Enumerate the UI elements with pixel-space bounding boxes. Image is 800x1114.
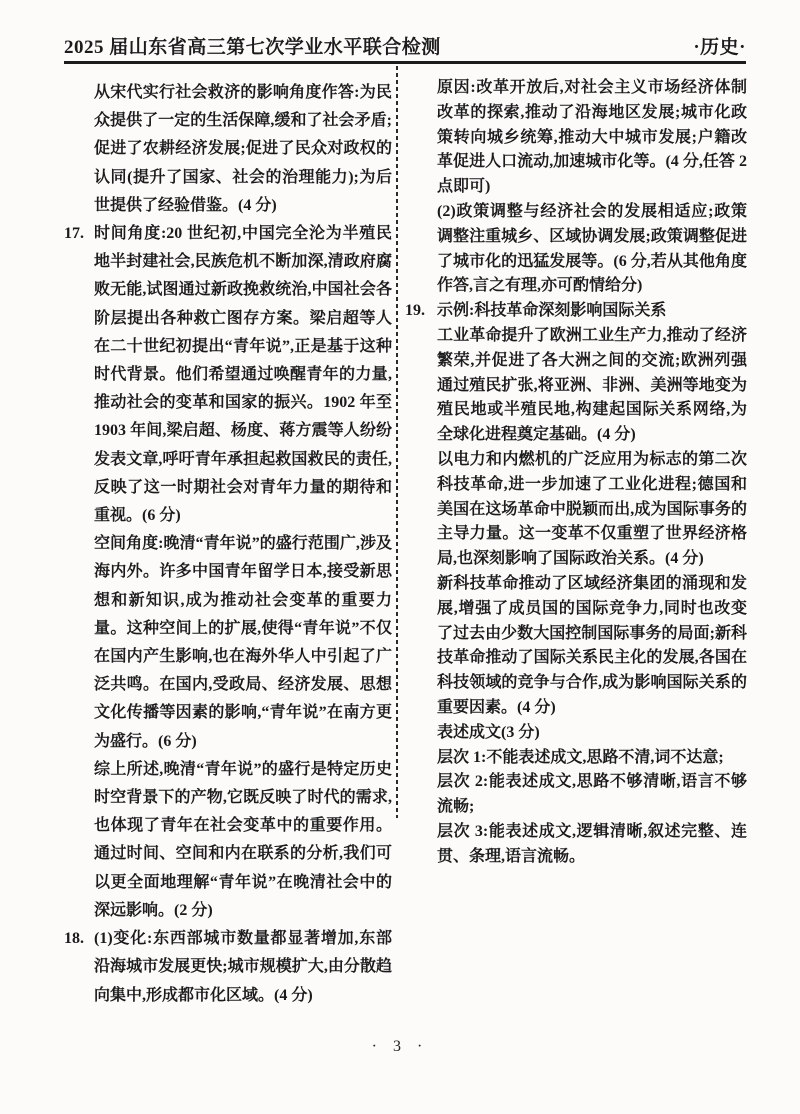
- header-rule: [64, 61, 746, 64]
- answer-paragraph: 原因:改革开放后,对社会主义市场经济体制改革的探索,推动了沿海地区发展;城市化政…: [437, 76, 747, 200]
- answer-block: 18.(1)变化:东西部城市数量都显著增加,东部沿海城市发展更快;城市规模扩大,…: [64, 925, 392, 1010]
- page-number: · 3 ·: [0, 1038, 800, 1056]
- answer-paragraph: (1)变化:东西部城市数量都显著增加,东部沿海城市发展更快;城市规模扩大,由分散…: [94, 925, 392, 1010]
- answer-paragraph: 综上所述,晚清“青年说”的盛行是特定历史时空背景下的产物,它既反映了时代的需求,…: [94, 756, 392, 925]
- item-paragraphs: (1)变化:东西部城市数量都显著增加,东部沿海城市发展更快;城市规模扩大,由分散…: [94, 925, 392, 1010]
- answer-paragraph: 层次 1:不能表述成文,思路不清,词不达意;: [437, 746, 747, 771]
- right-column: 原因:改革开放后,对社会主义市场经济体制改革的探索,推动了沿海地区发展;城市化政…: [405, 76, 747, 870]
- answer-paragraph: 时间角度:20 世纪初,中国完全沦为半殖民地半封建社会,民族危机不断加深,清政府…: [94, 220, 392, 530]
- item-paragraphs: 时间角度:20 世纪初,中国完全沦为半殖民地半封建社会,民族危机不断加深,清政府…: [94, 220, 392, 925]
- answer-paragraph: 表述成文(3 分): [437, 721, 747, 746]
- item-number: 19.: [405, 299, 437, 324]
- item-paragraphs: 原因:改革开放后,对社会主义市场经济体制改革的探索,推动了沿海地区发展;城市化政…: [437, 76, 747, 299]
- answer-block: 17.时间角度:20 世纪初,中国完全沦为半殖民地半封建社会,民族危机不断加深,…: [64, 220, 392, 925]
- subject-label: ·历史·: [693, 37, 746, 59]
- answer-paragraph: 工业革命提升了欧洲工业生产力,推动了经济繁荣,并促进了各大洲之间的交流;欧洲列强…: [437, 324, 747, 448]
- answer-block: 19.示例:科技革命深刻影响国际关系工业革命提升了欧洲工业生产力,推动了经济繁荣…: [405, 299, 747, 869]
- item-number: 18.: [64, 925, 94, 953]
- exam-title: 2025 届山东省高三第七次学业水平联合检测: [64, 37, 441, 59]
- column-divider: [396, 66, 398, 818]
- item-paragraphs: 从宋代实行社会救济的影响角度作答:为民众提供了一定的生活保障,缓和了社会矛盾;促…: [94, 79, 392, 220]
- answer-paragraph: 以电力和内燃机的广泛应用为标志的第二次科技革命,进一步加速了工业化进程;德国和美…: [437, 448, 747, 572]
- answer-paragraph: 层次 2:能表述成文,思路不够清晰,语言不够流畅;: [437, 770, 747, 820]
- answer-paragraph: 从宋代实行社会救济的影响角度作答:为民众提供了一定的生活保障,缓和了社会矛盾;促…: [94, 79, 392, 220]
- answer-paragraph: (2)政策调整与经济社会的发展相适应;政策调整注重城乡、区域协调发展;政策调整促…: [437, 200, 747, 299]
- answer-block: 原因:改革开放后,对社会主义市场经济体制改革的探索,推动了沿海地区发展;城市化政…: [405, 76, 747, 299]
- item-paragraphs: 示例:科技革命深刻影响国际关系工业革命提升了欧洲工业生产力,推动了经济繁荣,并促…: [437, 299, 747, 869]
- answer-paragraph: 示例:科技革命深刻影响国际关系: [437, 299, 747, 324]
- answer-paragraph: 空间角度:晚清“青年说”的盛行范围广,涉及海内外。许多中国青年留学日本,接受新思…: [94, 530, 392, 756]
- answer-paragraph: 层次 3:能表述成文,逻辑清晰,叙述完整、连贯、条理,语言流畅。: [437, 820, 747, 870]
- item-number: 17.: [64, 220, 94, 248]
- answer-paragraph: 新科技革命推动了区域经济集团的涌现和发展,增强了成员国的国际竞争力,同时也改变了…: [437, 572, 747, 721]
- page-header: 2025 届山东省高三第七次学业水平联合检测 ·历史·: [64, 37, 746, 59]
- document-page: 2025 届山东省高三第七次学业水平联合检测 ·历史· 从宋代实行社会救济的影响…: [0, 0, 800, 1114]
- answer-block: 从宋代实行社会救济的影响角度作答:为民众提供了一定的生活保障,缓和了社会矛盾;促…: [64, 79, 392, 220]
- left-column: 从宋代实行社会救济的影响角度作答:为民众提供了一定的生活保障,缓和了社会矛盾;促…: [64, 79, 392, 1010]
